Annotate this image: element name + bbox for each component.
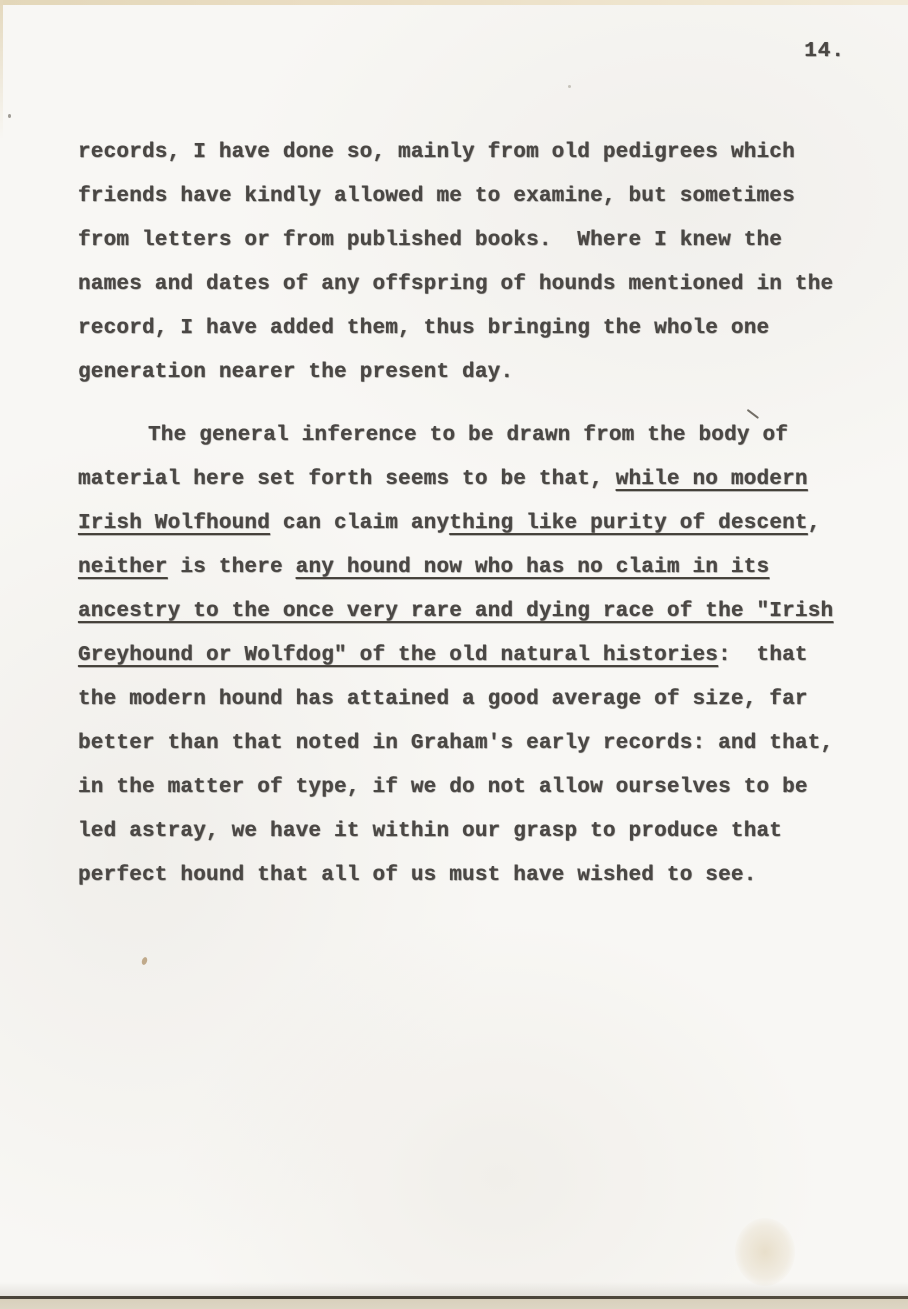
typewritten-line: Greyhound or Wolfdog" of the old natural… <box>78 634 878 678</box>
typewritten-text: records, I have done so, mainly from old… <box>78 131 878 898</box>
typewritten-line: records, I have done so, mainly from old… <box>78 131 878 175</box>
underlined-text: ancestry to the once very rare and dying… <box>78 600 833 623</box>
text-run: The general inference to be drawn from t… <box>148 424 788 447</box>
scanned-document: { "document": { "page_number": "14.", "i… <box>0 0 908 1309</box>
scan-edge-bottom <box>0 1299 908 1309</box>
typewritten-line: led astray, we have it within our grasp … <box>78 810 878 854</box>
text-run: , <box>808 512 821 535</box>
scan-edge-top <box>0 0 908 5</box>
typewritten-line: Irish Wolfhound can claim anything like … <box>78 502 878 546</box>
paragraph: records, I have done so, mainly from old… <box>78 131 878 395</box>
page-bottom-shadow <box>0 1282 908 1296</box>
text-run: : that <box>718 644 808 667</box>
text-run: from letters or from published books. Wh… <box>78 229 782 252</box>
scanned-page: 14. records, I have done so, mainly from… <box>0 0 908 1309</box>
typewritten-line: The general inference to be drawn from t… <box>78 414 878 458</box>
typewritten-line: in the matter of type, if we do not allo… <box>78 766 878 810</box>
underlined-text: Irish Wolfhound <box>78 512 270 535</box>
scan-edge-left <box>0 0 3 140</box>
underlined-text: neither <box>78 556 168 579</box>
paper-speck <box>568 85 571 88</box>
typewritten-line: from letters or from published books. Wh… <box>78 219 878 263</box>
paper-stain <box>735 1218 795 1286</box>
underlined-text: thing like purity of descent <box>449 512 807 535</box>
typewritten-line: material here set forth seems to be that… <box>78 458 878 502</box>
text-run: led astray, we have it within our grasp … <box>78 820 782 843</box>
text-run: is there <box>168 556 296 579</box>
text-run: better than that noted in Graham's early… <box>78 732 833 755</box>
typewritten-line: neither is there any hound now who has n… <box>78 546 878 590</box>
text-run: generation nearer the present day. <box>78 361 513 384</box>
underlined-text: any hound now who has no claim in its <box>296 556 770 579</box>
paragraph: The general inference to be drawn from t… <box>78 414 878 898</box>
paper-speck <box>141 956 148 965</box>
typewritten-line: ancestry to the once very rare and dying… <box>78 590 878 634</box>
text-run: the modern hound has attained a good ave… <box>78 688 808 711</box>
underlined-text: Greyhound or Wolfdog" of the old natural… <box>78 644 718 667</box>
page-number: 14. <box>804 37 845 67</box>
text-run: names and dates of any offspring of houn… <box>78 273 833 296</box>
typewritten-line: better than that noted in Graham's early… <box>78 722 878 766</box>
underlined-text: while no modern <box>616 468 808 491</box>
typewritten-line: names and dates of any offspring of houn… <box>78 263 878 307</box>
text-run: friends have kindly allowed me to examin… <box>78 185 795 208</box>
typewritten-line: the modern hound has attained a good ave… <box>78 678 878 722</box>
text-run: can claim any <box>270 512 449 535</box>
typewritten-line: friends have kindly allowed me to examin… <box>78 175 878 219</box>
typewritten-line: record, I have added them, thus bringing… <box>78 307 878 351</box>
text-run: material here set forth seems to be that… <box>78 468 616 491</box>
text-run: perfect hound that all of us must have w… <box>78 864 757 887</box>
paper-speck <box>8 114 11 118</box>
typewritten-line: generation nearer the present day. <box>78 351 878 395</box>
text-run: record, I have added them, thus bringing… <box>78 317 769 340</box>
typewritten-line: perfect hound that all of us must have w… <box>78 854 878 898</box>
text-run: records, I have done so, mainly from old… <box>78 141 795 164</box>
text-run: in the matter of type, if we do not allo… <box>78 776 808 799</box>
